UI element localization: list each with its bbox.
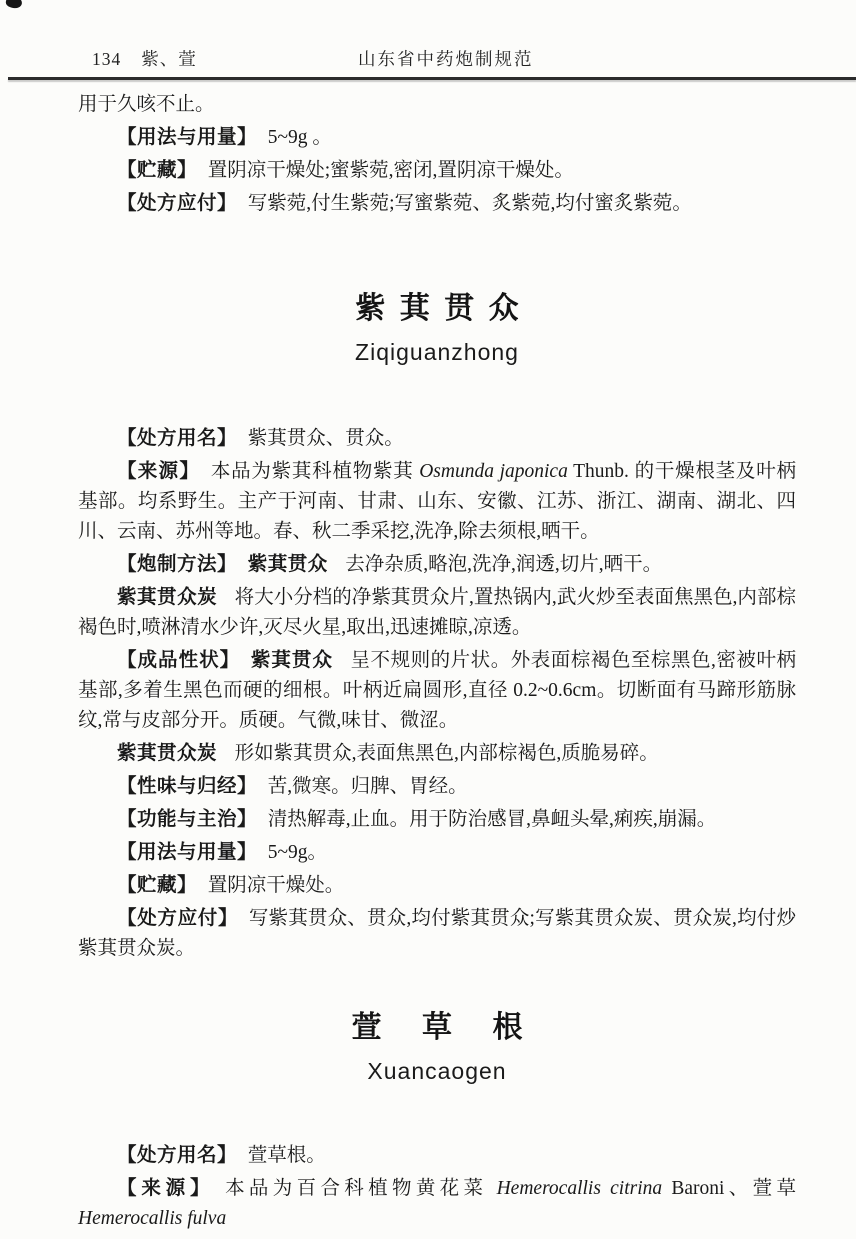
paragraph-charcoal-properties: 紫萁贯众炭形如紫萁贯众,表面焦黑色,内部棕褐色,质脆易碎。 [78, 738, 796, 769]
header-rule [8, 77, 856, 80]
paragraph-indication-continuation: 用于久咳不止。 [78, 90, 796, 120]
source-text-mid: Baroni、萱草 [662, 1178, 796, 1199]
field-label: 【功能与主治】 [117, 808, 257, 830]
field-value: 苦,微寒。归脾、胃经。 [268, 776, 468, 797]
field-label: 【贮藏】 [117, 874, 197, 896]
page-header: 134 紫、萱 山东省中药炮制规范 [0, 46, 856, 72]
field-processing-method: 【炮制方法】紫萁贯众去净杂质,略泡,洗净,润透,切片,晒干。 [78, 549, 796, 580]
field-value: 置阴凉干燥处;蜜紫菀,密闭,置阴凉干燥处。 [208, 160, 574, 181]
entry-xuancaogen: 萱草根 Xuancaogen 【处方用名】萱草根。 【来源】本品为百合科植物黄花… [78, 1008, 796, 1234]
field-label: 【处方应付】 [117, 907, 238, 929]
page-content: 用于久咳不止。 【用法与用量】5~9g 。 【贮藏】置阴凉干燥处;蜜紫菀,密闭,… [78, 90, 796, 1236]
latin-species-name: Hemerocallis fulva [78, 1208, 226, 1229]
header-chapter-chars: 紫、萱 [141, 46, 197, 71]
field-label: 【处方用名】 [117, 427, 237, 449]
page-number: 134 [92, 49, 121, 70]
field-label: 【来源】 [117, 1177, 214, 1199]
field-value: 置阴凉干燥处。 [208, 875, 345, 896]
previous-entry-tail: 用于久咳不止。 【用法与用量】5~9g 。 【贮藏】置阴凉干燥处;蜜紫菀,密闭,… [78, 90, 796, 219]
field-value: 5~9g。 [268, 842, 327, 863]
field-product-properties: 【成品性状】紫萁贯众呈不规则的片状。外表面棕褐色至棕黑色,密被叶柄基部,多着生黑… [78, 645, 796, 736]
field-value: 清热解毒,止血。用于防治感冒,鼻衄头晕,痢疾,崩漏。 [268, 809, 717, 830]
field-label: 【用法与用量】 [117, 126, 257, 148]
latin-species-name: Hemerocallis citrina [497, 1178, 663, 1199]
properties-text: 形如紫萁贯众,表面焦黑色,内部棕褐色,质脆易碎。 [235, 743, 659, 764]
scan-artifact [5, 0, 23, 10]
field-label: 【贮藏】 [117, 159, 197, 181]
field-label: 【处方用名】 [117, 1144, 237, 1166]
field-prescription-name: 【处方用名】萱草根。 [78, 1140, 796, 1171]
properties-subhead: 紫萁贯众 [251, 649, 333, 671]
entry-title: 萱草根 [78, 1008, 796, 1048]
processing-text: 去净杂质,略泡,洗净,润透,切片,晒干。 [345, 554, 662, 575]
field-dispensing: 【处方应付】写紫菀,付生紫菀;写蜜紫菀、炙紫菀,均付蜜炙紫菀。 [78, 188, 796, 219]
field-usage-dosage: 【用法与用量】5~9g。 [78, 837, 796, 868]
field-storage: 【贮藏】置阴凉干燥处。 [78, 870, 796, 901]
field-label: 【成品性状】 [117, 649, 240, 671]
processing-subhead: 紫萁贯众 [248, 553, 328, 575]
field-value: 萱草根。 [248, 1145, 326, 1166]
field-label: 【炮制方法】 [117, 553, 237, 575]
field-label: 【用法与用量】 [117, 841, 257, 863]
processing-subhead: 紫萁贯众炭 [117, 586, 217, 608]
field-label: 【处方应付】 [117, 192, 237, 214]
source-text-pre: 本品为百合科植物黄花菜 [225, 1178, 497, 1199]
properties-subhead: 紫萁贯众炭 [117, 742, 217, 764]
field-dispensing: 【处方应付】写紫萁贯众、贯众,均付紫萁贯众;写紫萁贯众炭、贯众炭,均付炒紫萁贯众… [78, 903, 796, 964]
source-text-pre: 本品为紫萁科植物紫萁 [211, 461, 419, 482]
field-value: 写紫菀,付生紫菀;写蜜紫菀、炙紫菀,均付蜜炙紫菀。 [248, 193, 692, 214]
field-storage: 【贮藏】置阴凉干燥处;蜜紫菀,密闭,置阴凉干燥处。 [78, 155, 796, 186]
book-title: 山东省中药炮制规范 [358, 46, 534, 71]
field-source: 【来源】本品为百合科植物黄花菜 Hemerocallis citrina Bar… [78, 1173, 796, 1234]
entry-pinyin: Ziqiguanzhong [78, 337, 796, 367]
latin-species-name: Osmunda japonica [419, 461, 568, 482]
field-usage-dosage: 【用法与用量】5~9g 。 [78, 122, 796, 153]
field-prescription-name: 【处方用名】紫萁贯众、贯众。 [78, 423, 796, 454]
header-left: 134 紫、萱 [92, 46, 197, 71]
field-value: 5~9g 。 [268, 127, 332, 148]
field-label: 【性味与归经】 [117, 775, 257, 797]
field-taste-meridian: 【性味与归经】苦,微寒。归脾、胃经。 [78, 771, 796, 802]
field-label: 【来源】 [117, 460, 200, 482]
book-page: 134 紫、萱 山东省中药炮制规范 用于久咳不止。 【用法与用量】5~9g 。 … [0, 0, 856, 1239]
field-function-indication: 【功能与主治】清热解毒,止血。用于防治感冒,鼻衄头晕,痢疾,崩漏。 [78, 804, 796, 835]
paragraph-charcoal-processing: 紫萁贯众炭将大小分档的净紫萁贯众片,置热锅内,武火炒至表面焦黑色,内部棕褐色时,… [78, 582, 796, 643]
field-source: 【来源】本品为紫萁科植物紫萁 Osmunda japonica Thunb. 的… [78, 456, 796, 547]
entry-ziqiguanzhong: 紫萁贯众 Ziqiguanzhong 【处方用名】紫萁贯众、贯众。 【来源】本品… [78, 289, 796, 964]
entry-title: 紫萁贯众 [78, 289, 796, 329]
field-value: 紫萁贯众、贯众。 [248, 428, 404, 449]
entry-pinyin: Xuancaogen [78, 1056, 796, 1086]
indication-text: 用于久咳不止。 [78, 94, 215, 115]
